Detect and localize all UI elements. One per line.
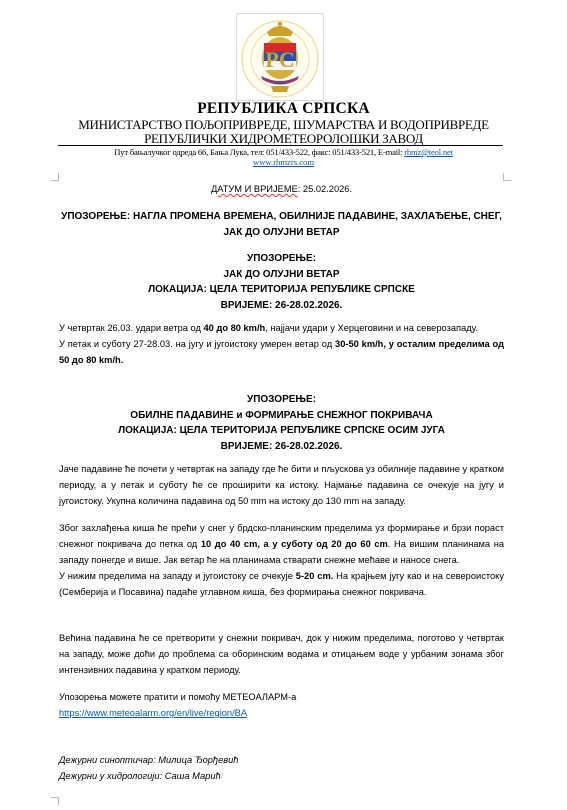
- main-warning-line2: ЈАК ДО ОЛУЈНИ ВЕТАР: [59, 225, 504, 241]
- main-warning-heading: УПОЗОРЕЊЕ: НАГЛА ПРОМЕНА ВРЕМЕНА, ОБИЛНИ…: [59, 209, 504, 241]
- snow-body: Због захлађења киша ће прећи у снег у бр…: [59, 520, 504, 600]
- wind-paragraph-1: У четвртак 26.03. удари ветра од 40 до 8…: [59, 320, 504, 336]
- meteoalarm-text: Упозорења можете пратити и помоћу МЕТЕОА…: [59, 689, 504, 705]
- svg-text:РС: РС: [265, 47, 295, 72]
- document-page: РС РЕПУБЛИКА СРПСКА МИНИСТАРСТВО ПОЉОПРИ…: [0, 0, 567, 810]
- wind-warning-location: ЛОКАЦИЈА: ЦЕЛА ТЕРИТОРИЈА РЕПУБЛИКЕ СРПС…: [59, 282, 504, 298]
- text-run: У петак и суботу 27-28.03. на југу и југ…: [59, 339, 335, 349]
- date-label: ДАТУМ И ВРИЈЕМЕ: [211, 184, 298, 194]
- margin-mark-top-left: [51, 173, 59, 181]
- address-text: Пут бањалучког одреда 66, Бања Лука, тел…: [114, 147, 404, 157]
- header-divider: [58, 145, 503, 146]
- website-line: www.rhmzrs.com: [0, 157, 567, 167]
- meteoalarm-link-line: https://www.meteoalarm.org/en/live/regio…: [59, 705, 504, 721]
- synoptic-signature: Дежурни синоптичар: Милица Ђорђевић: [59, 752, 504, 768]
- hydrology-signature: Дежурни у хидрологији: Саша Марић: [59, 771, 221, 781]
- signatures: Дежурни синоптичар: Милица Ђорђевић Дежу…: [59, 752, 504, 784]
- wind-speed-highlight: 40 до 80 km/h: [204, 323, 266, 333]
- text-run: У четвртак 26.03. удари ветра од: [59, 323, 204, 333]
- email-link[interactable]: rhmz@teol.net: [404, 147, 453, 157]
- snow-warning-subject: ОБИЛНЕ ПАДАВИНЕ и ФОРМИРАЊЕ СНЕЖНОГ ПОКР…: [59, 408, 504, 424]
- wind-warning-body: У четвртак 26.03. удари ветра од 40 до 8…: [59, 320, 504, 368]
- wind-warning-heading: УПОЗОРЕЊЕ: ЈАК ДО ОЛУЈНИ ВЕТАР ЛОКАЦИЈА:…: [59, 251, 504, 313]
- meteoalarm-link[interactable]: https://www.meteoalarm.org/en/live/regio…: [59, 708, 247, 718]
- snow-warning-heading: УПОЗОРЕЊЕ: ОБИЛНЕ ПАДАВИНЕ и ФОРМИРАЊЕ С…: [59, 392, 504, 454]
- wind-warning-title: УПОЗОРЕЊЕ:: [59, 251, 504, 267]
- website-link[interactable]: www.rhmzrs.com: [253, 157, 314, 167]
- flood-paragraph: Већина падавина ће се претворити у снежн…: [59, 630, 504, 678]
- text-run: , најјачи удари у Херцеговини и на север…: [265, 323, 478, 333]
- snow-warning-location: ЛОКАЦИЈА: ЦЕЛА ТЕРИТОРИЈА РЕПУБЛИКЕ СРПС…: [59, 423, 504, 439]
- main-warning-line1: УПОЗОРЕЊЕ: НАГЛА ПРОМЕНА ВРЕМЕНА, ОБИЛНИ…: [59, 209, 504, 225]
- snow-paragraph-2: У нижим пределима на западу и југоистоку…: [59, 568, 504, 600]
- snow-warning-title: УПОЗОРЕЊЕ:: [59, 392, 504, 408]
- issue-date: ДАТУМ И ВРИЈЕМЕ: 25.02.2026.: [59, 181, 504, 197]
- coat-of-arms-icon: РС: [236, 13, 324, 101]
- wind-paragraph-2: У петак и суботу 27-28.03. на југу и југ…: [59, 336, 504, 368]
- date-value: : 25.02.2026.: [298, 184, 352, 194]
- snow-warning-time: ВРИЈЕМЕ: 26-28.02.2026.: [59, 439, 504, 455]
- text-cursor: /: [221, 771, 224, 781]
- meteoalarm-block: Упозорења можете пратити и помоћу МЕТЕОА…: [59, 689, 504, 721]
- snow-depth-highlight: 5-20 cm.: [296, 571, 334, 581]
- margin-mark-bottom-left: [51, 797, 59, 805]
- contact-line: Пут бањалучког одреда 66, Бања Лука, тел…: [0, 147, 567, 157]
- snow-depth-highlight: 10 до 40 cm, а у суботу од 20 до 60 cm: [201, 539, 388, 549]
- precip-paragraph: Јаче падавине ће почети у четвртак на за…: [59, 461, 504, 509]
- snow-paragraph-1: Због захлађења киша ће прећи у снег у бр…: [59, 520, 504, 568]
- text-run: У нижим пределима на западу и југоистоку…: [59, 571, 296, 581]
- republic-title: РЕПУБЛИКА СРПСКА: [0, 100, 567, 118]
- wind-warning-subject: ЈАК ДО ОЛУЈНИ ВЕТАР: [59, 267, 504, 283]
- hydrology-signature-line: Дежурни у хидрологији: Саша Марић/: [59, 768, 504, 784]
- margin-mark-top-right: [503, 173, 511, 181]
- wind-warning-time: ВРИЈЕМЕ: 26-28.02.2026.: [59, 298, 504, 314]
